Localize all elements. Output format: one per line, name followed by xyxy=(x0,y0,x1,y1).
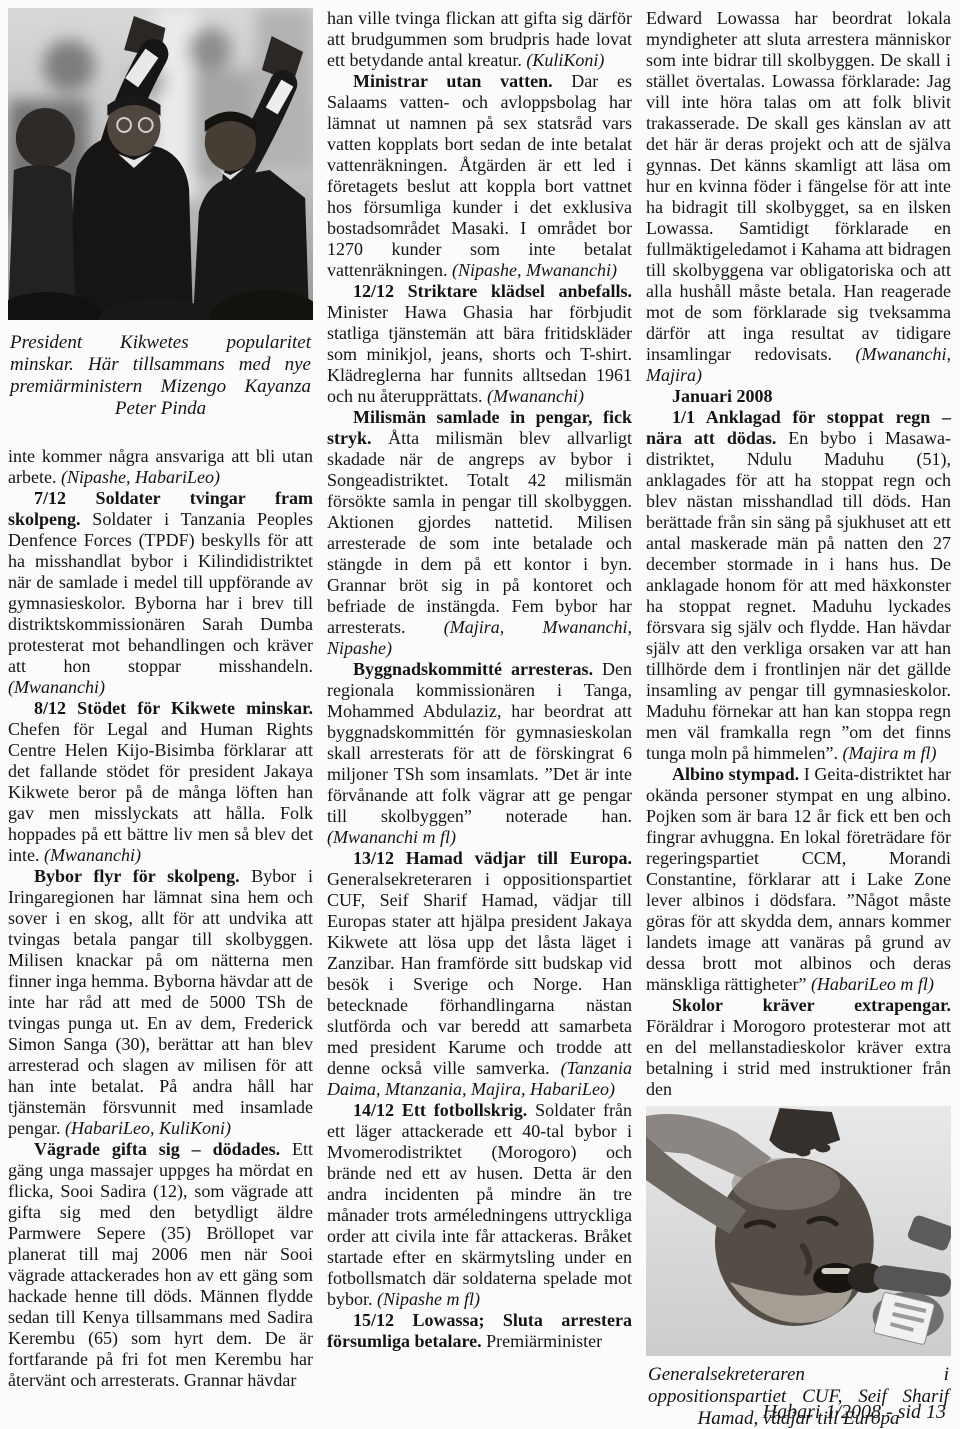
paragraph: Skolor kräver extrapengar. Föräldrar i M… xyxy=(646,995,951,1100)
text-run: Den regionala kommissionären i Tanga, Mo… xyxy=(327,659,632,826)
text-run: (Majira m fl) xyxy=(842,743,936,763)
page-footer: Habari 1/2008 - sid 13 xyxy=(763,1401,946,1424)
text-run: (HabariLeo m fl) xyxy=(811,974,934,994)
text-run: Byggnadskommitté arresteras. xyxy=(353,659,593,679)
text-run: Bybor i Iringaregionen har lämnat sina h… xyxy=(8,866,313,1138)
paragraph: Byggnadskommitté arresteras. Den regiona… xyxy=(327,659,632,848)
text-run: Soldater från ett läger attackerade ett … xyxy=(327,1100,632,1309)
paragraph: Vägrade gifta sig – dödades. Ett gäng un… xyxy=(8,1139,313,1391)
text-run: Premiärminister xyxy=(482,1331,602,1351)
text-run: Januari 2008 xyxy=(672,386,773,406)
text-run: (Mwananchi) xyxy=(44,845,141,865)
text-run: 13/12 Hamad vädjar till Europa. xyxy=(353,848,632,868)
text-run: Chefen för Legal and Human Rights Centre… xyxy=(8,719,313,865)
text-run: Skolor kräver extrapengar. xyxy=(672,995,951,1015)
column-right: Edward Lowassa har beordrat lokala myndi… xyxy=(646,8,951,1429)
column-middle: han ville tvinga flickan att gifta sig d… xyxy=(327,8,632,1429)
paragraph: inte kommer några ansvariga att bli utan… xyxy=(8,446,313,488)
text-run: Generalsekreteraren i oppositionspartiet… xyxy=(327,869,632,1078)
paragraph: 15/12 Lowassa; Sluta arrestera försumlig… xyxy=(327,1310,632,1352)
newsletter-page: President Kikwetes popularitet minskar. … xyxy=(0,0,960,1429)
text-run: Dar es Salaams vatten- och avloppsbolag … xyxy=(327,71,632,280)
text-run: Vägrade gifta sig – dödades. xyxy=(34,1139,280,1159)
text-run: 8/12 Stödet för Kikwete minskar. xyxy=(34,698,313,718)
text-run: 12/12 Striktare klädsel anbefalls. xyxy=(353,281,632,301)
text-run: (HabariLeo, KuliKoni) xyxy=(65,1118,231,1138)
text-run: (Mwananchi m fl) xyxy=(327,827,456,847)
text-run: 14/12 Ett fotbollskrig. xyxy=(353,1100,527,1120)
text-run: Ett gäng unga massajer uppges ha mördat … xyxy=(8,1139,313,1390)
text-run: Soldater i Tanzania Peoples Denfence For… xyxy=(8,509,313,676)
text-run: (Mwananchi) xyxy=(8,677,105,697)
paragraph: han ville tvinga flickan att gifta sig d… xyxy=(327,8,632,71)
text-run: Edward Lowassa har beordrat lokala myndi… xyxy=(646,8,951,364)
paragraph: 8/12 Stödet för Kikwete minskar. Chefen … xyxy=(8,698,313,866)
paragraph: Albino stympad. I Geita-distriktet har o… xyxy=(646,764,951,995)
photo-president-kikwete-and-pinda-waving xyxy=(8,8,313,320)
photo-seif-sharif-hamad-speaking-into-microphones xyxy=(646,1106,951,1356)
text-run: (Nipashe m fl) xyxy=(377,1289,480,1309)
text-run: Bybor flyr för skolpeng. xyxy=(34,866,240,886)
column-layout: President Kikwetes popularitet minskar. … xyxy=(0,0,960,1429)
column-left: President Kikwetes popularitet minskar. … xyxy=(8,8,313,1429)
paragraph: 1/1 Anklagad för stoppat regn – nära att… xyxy=(646,407,951,764)
text-run: (Mwananchi) xyxy=(487,386,584,406)
text-run: I Geita-distriktet har okända personer s… xyxy=(646,764,951,994)
paragraph: Ministrar utan vatten. Dar es Salaams va… xyxy=(327,71,632,281)
paragraph: 13/12 Hamad vädjar till Europa. Generals… xyxy=(327,848,632,1100)
text-run: (Nipashe, HabariLeo) xyxy=(61,467,220,487)
text-run: (Nipashe, Mwananchi) xyxy=(452,260,617,280)
text-run: Ministrar utan vatten. xyxy=(353,71,553,91)
paragraph: 14/12 Ett fotbollskrig. Soldater från et… xyxy=(327,1100,632,1310)
text-run: En bybo i Masawa-distriktet, Ndulu Maduh… xyxy=(646,428,951,763)
paragraph: Bybor flyr för skolpeng. Bybor i Iringar… xyxy=(8,866,313,1139)
paragraph: Edward Lowassa har beordrat lokala myndi… xyxy=(646,8,951,386)
text-run: Minister Hawa Ghasia har förbjudit statl… xyxy=(327,302,632,406)
text-run: Föräldrar i Morogoro protesterar mot att… xyxy=(646,1016,951,1099)
paragraph: Januari 2008 xyxy=(646,386,951,407)
text-run: Albino stympad. xyxy=(672,764,799,784)
text-run: (KuliKoni) xyxy=(526,50,604,70)
paragraph: Milismän samlade in pengar, fick stryk. … xyxy=(327,407,632,659)
paragraph: 7/12 Soldater tvingar fram skolpeng. Sol… xyxy=(8,488,313,698)
text-run: Åtta milismän blev allvarligt skadade nä… xyxy=(327,428,632,637)
photo-caption: President Kikwetes popularitet minskar. … xyxy=(10,332,311,420)
paragraph: 12/12 Striktare klädsel anbefalls. Minis… xyxy=(327,281,632,407)
